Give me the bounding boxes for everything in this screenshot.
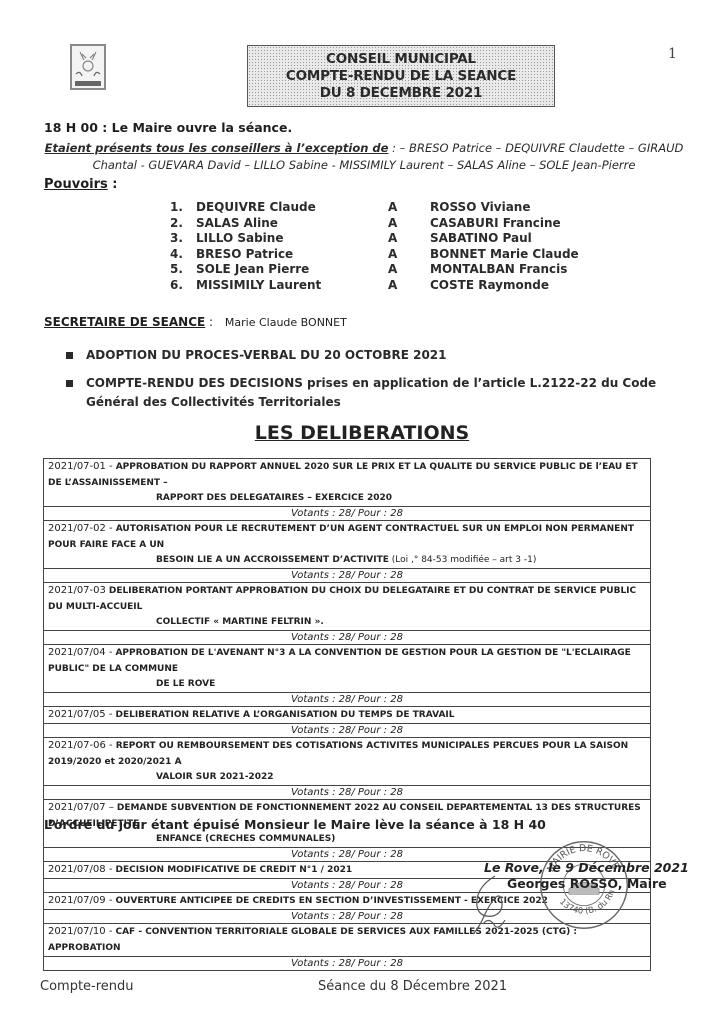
pouvoir-from: SALAS Aline bbox=[196, 216, 278, 230]
pouvoir-number: 5. bbox=[170, 262, 190, 276]
vote-row: Votants : 28/ Pour : 28 bbox=[44, 957, 651, 971]
bullet-item-adoption-pv: ADOPTION DU PROCES-VERBAL DU 20 OCTOBRE … bbox=[66, 346, 676, 365]
pouvoir-a: A bbox=[388, 247, 397, 261]
deliberation-code: 2021/07/07 – bbox=[48, 802, 114, 813]
deliberation-title-continued: RAPPORT DES DELEGATAIRES – EXERCICE 2020 bbox=[48, 491, 646, 506]
opening-statement: 18 H 00 : Le Maire ouvre la séance. bbox=[44, 120, 292, 135]
pouvoir-a: A bbox=[388, 231, 397, 245]
pouvoir-a: A bbox=[388, 262, 397, 276]
deliberation-title-continued: BESOIN LIE A UN ACCROISSEMENT D’ACTIVITE… bbox=[48, 553, 646, 568]
pouvoir-to: SABATINO Paul bbox=[430, 231, 532, 245]
municipal-crest-logo bbox=[70, 44, 106, 90]
pouvoir-to: MONTALBAN Francis bbox=[430, 262, 567, 276]
signature-place-date: Le Rove, le 9 Décembre 2021 bbox=[484, 860, 689, 875]
deliberation-title: AUTORISATION POUR LE RECRUTEMENT D’UN AG… bbox=[48, 524, 634, 550]
attendance-paragraph: Etaient présents tous les conseillers à … bbox=[44, 140, 684, 174]
deliberation-title-continued: DE LE ROVE bbox=[48, 677, 646, 692]
municipal-crest-icon bbox=[72, 46, 104, 88]
deliberation-code: 2021/07/10 - bbox=[48, 926, 112, 937]
deliberation-row: 2021/07/04 - APPROBATION DE L'AVENANT N°… bbox=[44, 645, 651, 693]
pouvoirs-heading: Pouvoirs : bbox=[44, 177, 117, 192]
pouvoir-from: MISSIMILY Laurent bbox=[196, 278, 321, 292]
vote-result: Votants : 28/ Pour : 28 bbox=[44, 569, 651, 583]
square-bullet-icon bbox=[66, 352, 73, 359]
secretaire-name: Marie Claude BONNET bbox=[225, 316, 347, 329]
footer-center: Séance du 8 Décembre 2021 bbox=[318, 979, 507, 994]
vote-result: Votants : 28/ Pour : 28 bbox=[44, 507, 651, 521]
deliberation-code: 2021/07-03 bbox=[48, 585, 106, 596]
pouvoir-to: CASABURI Francine bbox=[430, 216, 561, 230]
deliberation-title: APPROBATION DU RAPPORT ANNUEL 2020 SUR L… bbox=[48, 462, 638, 488]
signature-name: Georges ROSSO, Maire bbox=[507, 876, 667, 891]
pouvoir-to: ROSSO Viviane bbox=[430, 200, 530, 214]
pouvoir-number: 4. bbox=[170, 247, 190, 261]
vote-row: Votants : 28/ Pour : 28 bbox=[44, 569, 651, 583]
deliberation-title: DECISION MODIFICATIVE DE CREDIT N°1 / 20… bbox=[115, 865, 352, 875]
deliberation-code: 2021/07-02 - bbox=[48, 523, 113, 534]
deliberation-title: DELIBERATION RELATIVE A L’ORGANISATION D… bbox=[115, 710, 454, 720]
deliberation-code: 2021/07/09 - bbox=[48, 895, 112, 906]
pouvoir-number: 3. bbox=[170, 231, 190, 245]
vote-row: Votants : 28/ Pour : 28 bbox=[44, 631, 651, 645]
pouvoir-a: A bbox=[388, 200, 397, 214]
pouvoir-to: COSTE Raymonde bbox=[430, 278, 549, 292]
pouvoir-from: LILLO Sabine bbox=[196, 231, 283, 245]
attendance-lead: Etaient présents tous les conseillers à … bbox=[45, 141, 389, 155]
deliberation-code: 2021/07-01 - bbox=[48, 461, 113, 472]
deliberations-heading: LES DELIBERATIONS bbox=[0, 422, 724, 444]
deliberation-code: 2021/07/04 - bbox=[48, 647, 112, 658]
deliberation-code: 2021/07/08 - bbox=[48, 864, 112, 875]
vote-result: Votants : 28/ Pour : 28 bbox=[44, 693, 651, 707]
document-header-box: CONSEIL MUNICIPAL COMPTE-RENDU DE LA SEA… bbox=[247, 45, 555, 107]
deliberation-row: 2021/07-01 - APPROBATION DU RAPPORT ANNU… bbox=[44, 459, 651, 507]
vote-result: Votants : 28/ Pour : 28 bbox=[44, 631, 651, 645]
vote-row: Votants : 28/ Pour : 28 bbox=[44, 507, 651, 521]
square-bullet-icon bbox=[66, 380, 73, 387]
pouvoir-a: A bbox=[388, 278, 397, 292]
deliberation-code: 2021/07/05 - bbox=[48, 709, 112, 720]
pouvoir-number: 2. bbox=[170, 216, 190, 230]
pouvoir-from: DEQUIVRE Claude bbox=[196, 200, 316, 214]
secretaire-de-seance: SECRETAIRE DE SEANCE : Marie Claude BONN… bbox=[44, 315, 347, 329]
vote-row: Votants : 28/ Pour : 28 bbox=[44, 693, 651, 707]
header-line: COMPTE-RENDU DE LA SEANCE bbox=[248, 68, 554, 85]
header-line: CONSEIL MUNICIPAL bbox=[248, 51, 554, 68]
page-number: 1 bbox=[668, 46, 677, 62]
pouvoir-to: BONNET Marie Claude bbox=[430, 247, 579, 261]
deliberation-title: APPROBATION DE L'AVENANT N°3 A LA CONVEN… bbox=[48, 648, 631, 674]
deliberation-title: DELIBERATION PORTANT APPROBATION DU CHOI… bbox=[48, 586, 636, 612]
vote-result: Votants : 28/ Pour : 28 bbox=[44, 786, 651, 800]
closing-statement: L’ordre du jour étant épuisé Monsieur le… bbox=[44, 817, 546, 832]
deliberation-row: 2021/07-06 - REPORT OU REMBOURSEMENT DES… bbox=[44, 738, 651, 786]
deliberation-legal-note: (Loi ,° 84-53 modifiée – art 3 -1) bbox=[389, 555, 536, 565]
deliberation-code: 2021/07-06 - bbox=[48, 740, 113, 751]
deliberation-row: 2021/07-02 - AUTORISATION POUR LE RECRUT… bbox=[44, 521, 651, 569]
vote-result: Votants : 28/ Pour : 28 bbox=[44, 957, 651, 971]
pouvoir-number: 1. bbox=[170, 200, 190, 214]
pouvoir-from: BRESO Patrice bbox=[196, 247, 293, 261]
deliberation-title: REPORT OU REMBOURSEMENT DES COTISATIONS … bbox=[48, 741, 628, 767]
deliberation-row: 2021/07-03 DELIBERATION PORTANT APPROBAT… bbox=[44, 583, 651, 631]
vote-row: Votants : 28/ Pour : 28 bbox=[44, 786, 651, 800]
vote-row: Votants : 28/ Pour : 28 bbox=[44, 724, 651, 738]
footer-left: Compte-rendu bbox=[40, 979, 134, 994]
deliberation-title-continued: VALOIR SUR 2021-2022 bbox=[48, 770, 646, 785]
pouvoir-a: A bbox=[388, 216, 397, 230]
deliberation-row: 2021/07/05 - DELIBERATION RELATIVE A L’O… bbox=[44, 707, 651, 724]
pouvoir-from: SOLE Jean Pierre bbox=[196, 262, 309, 276]
secretaire-label: SECRETAIRE DE SEANCE bbox=[44, 315, 205, 329]
deliberation-title-continued: COLLECTIF « MARTINE FELTRIN ». bbox=[48, 615, 646, 630]
bullet-item-compte-rendu-decisions: COMPTE-RENDU DES DECISIONS prises en app… bbox=[66, 374, 676, 412]
vote-result: Votants : 28/ Pour : 28 bbox=[44, 724, 651, 738]
pouvoir-number: 6. bbox=[170, 278, 190, 292]
header-line: DU 8 DECEMBRE 2021 bbox=[248, 85, 554, 102]
